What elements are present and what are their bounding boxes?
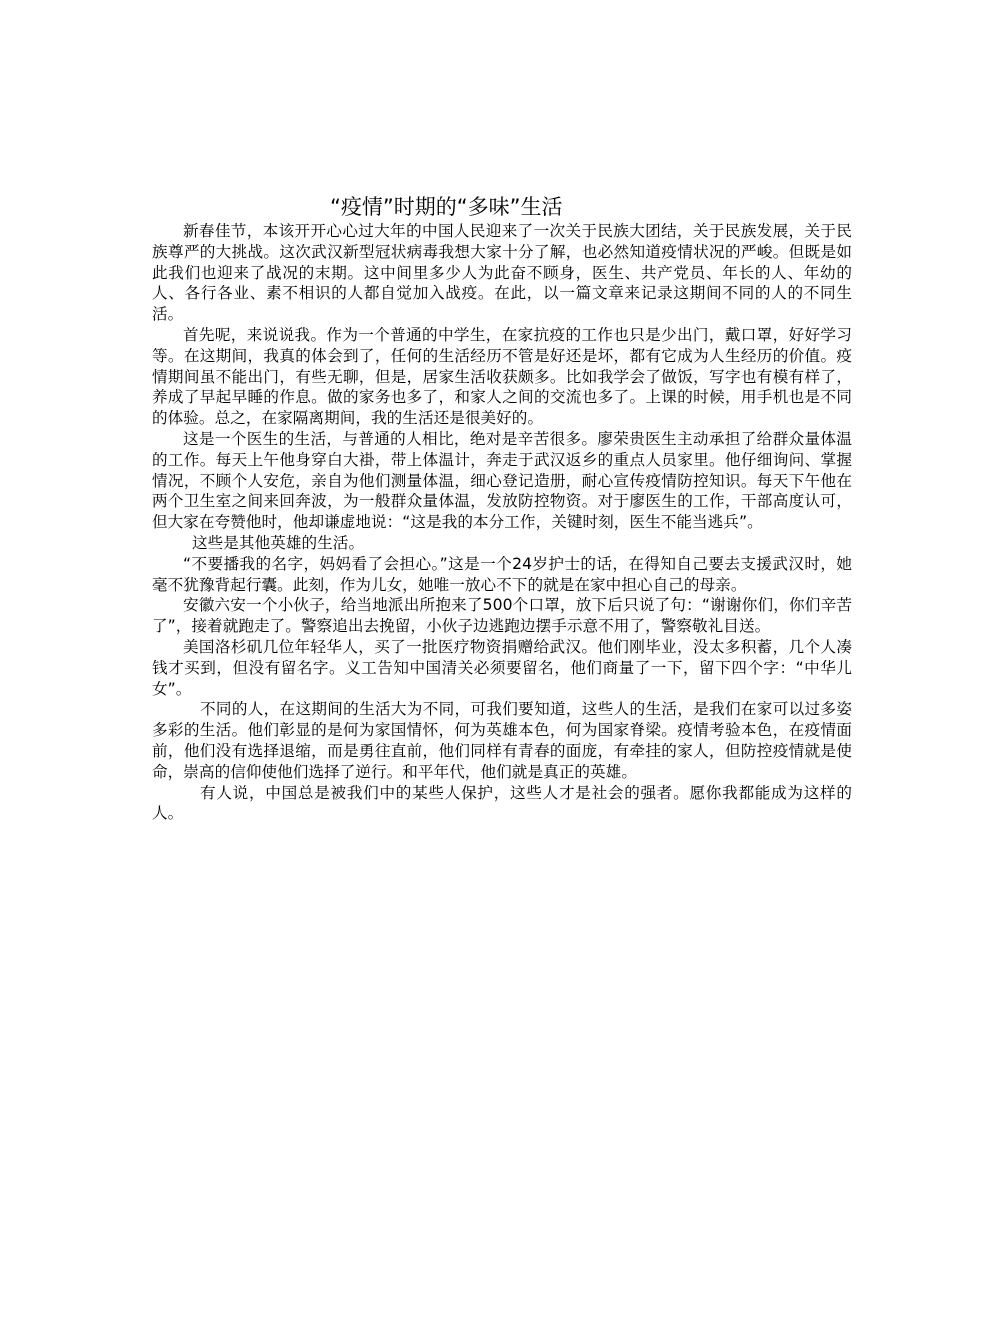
- paragraph-doctor-life: 这是一个医生的生活，与普通的人相比，绝对是辛苦很多。廖荣贵医生主动承担了给群众量…: [152, 429, 852, 533]
- paragraph-intro: 新春佳节，本该开开心心过大年的中国人民迎来了一次关于民族大团结，关于民族发展，关…: [152, 221, 852, 325]
- paragraph-young-man: 安徽六安一个小伙子，给当地派出所抱来了500个口罩，放下后只说了句：“谢谢你们，…: [152, 595, 852, 637]
- paragraph-conclusion: 有人说，中国总是被我们中的某些人保护，这些人才是社会的强者。愿你我都能成为这样的…: [152, 783, 852, 825]
- paragraph-nurse: “不要播我的名字，妈妈看了会担心。”这是一个24岁护士的话，在得知自己要去支援武…: [152, 554, 852, 596]
- document-page: “疫情”时期的“多味”生活 新春佳节，本该开开心心过大年的中国人民迎来了一次关于…: [152, 194, 852, 824]
- paragraph-overseas-chinese: 美国洛杉矶几位年轻华人，买了一批医疗物资捐赠给武汉。他们刚毕业，没太多积蓄，几个…: [152, 637, 852, 699]
- document-title: “疫情”时期的“多味”生活: [152, 194, 852, 220]
- paragraph-other-heroes: 这些是其他英雄的生活。: [152, 533, 852, 554]
- paragraph-my-life: 首先呢，来说说我。作为一个普通的中学生，在家抗疫的工作也只是少出门，戴口罩，好好…: [152, 325, 852, 429]
- paragraph-reflection: 不同的人，在这期间的生活大为不同，可我们要知道，这些人的生活，是我们在家可以过多…: [152, 699, 852, 782]
